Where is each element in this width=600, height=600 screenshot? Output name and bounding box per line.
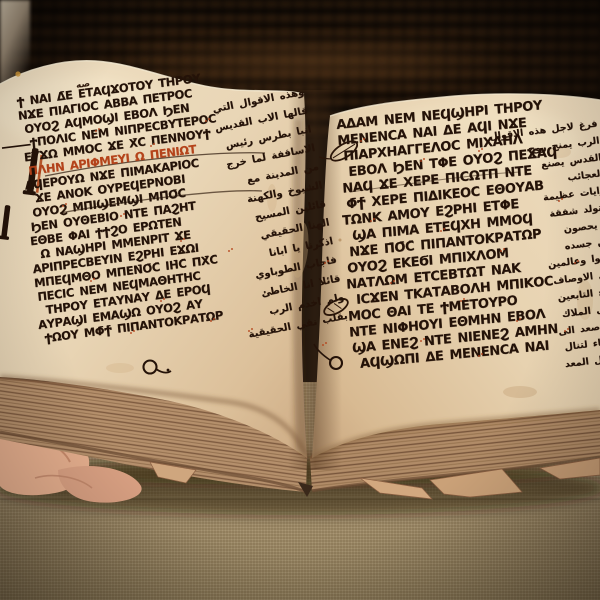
manuscript-photo: Ϯ ΝΑΙ Δ̄Ε ΕΤΑϤϪΟΤΟΥ ΤΗΡΟΥΝϪΕ ΠΙΑΓΙΟϹ ΑΒΒ…	[0, 0, 600, 600]
